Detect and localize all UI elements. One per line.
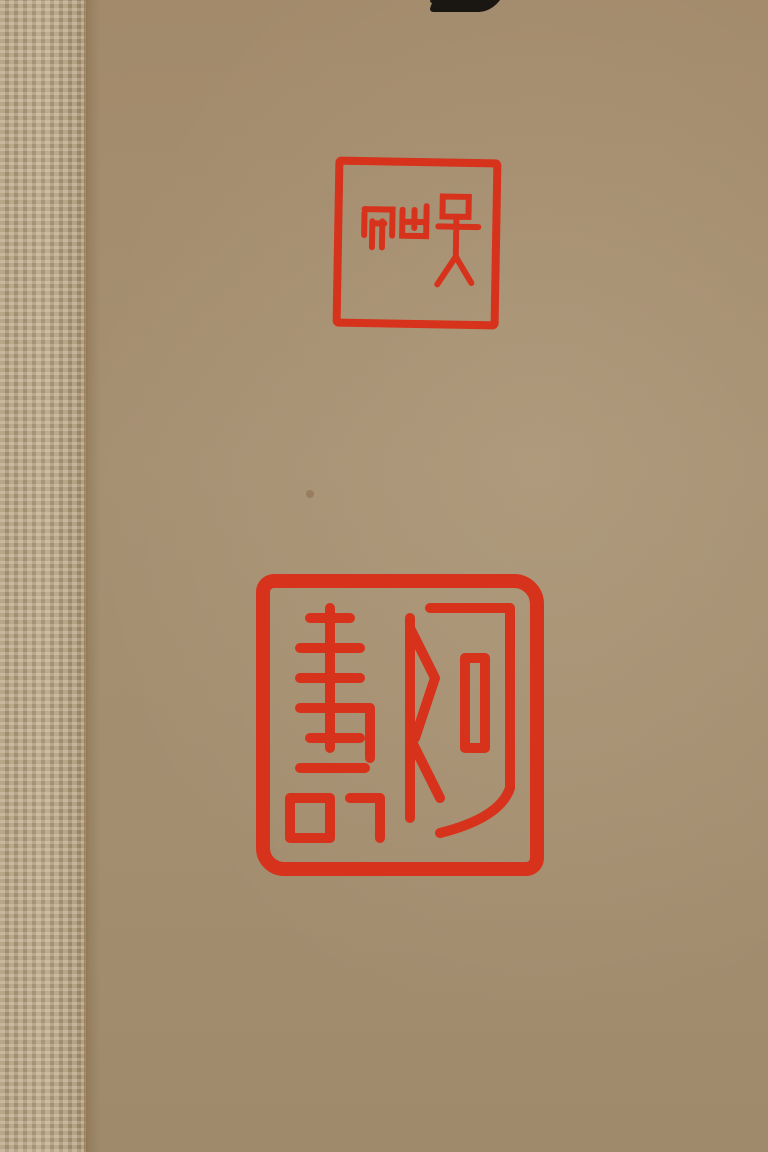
small-seal: small-seal [333,157,502,330]
large-seal-glyphs [270,588,530,862]
small-seal-glyphs [341,165,494,322]
large-seal: large-seal [256,574,544,876]
calligraphy-ink-stroke [429,0,504,12]
scroll-photo: small-seal large-seal [0,0,768,1152]
silk-brocade-mounting [0,0,86,1152]
paper-edge-shadow [86,0,100,1152]
paper-blemish [306,490,314,498]
